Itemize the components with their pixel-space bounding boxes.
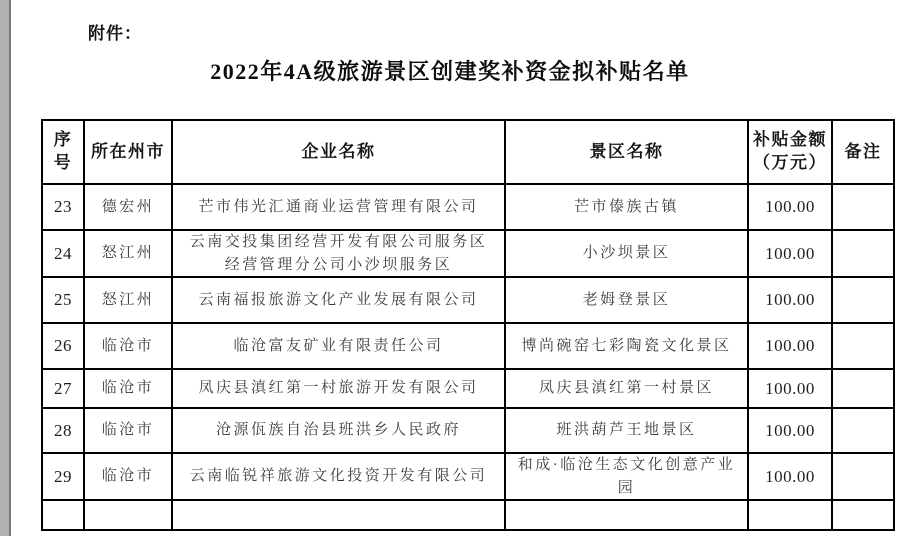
cell-city: 临沧市 <box>84 323 172 369</box>
cell-company: 芒市伟光汇通商业运营管理有限公司 <box>172 184 505 230</box>
cell-city: 临沧市 <box>84 369 172 408</box>
cell-index: 23 <box>42 184 84 230</box>
table-row: 27 临沧市 凤庆县滇红第一村旅游开发有限公司 凤庆县滇红第一村景区 100.0… <box>42 369 894 408</box>
cell-city: 临沧市 <box>84 453 172 500</box>
cell-company: 沧源佤族自治县班洪乡人民政府 <box>172 408 505 453</box>
table-row: 25 怒江州 云南福报旅游文化产业发展有限公司 老姆登景区 100.00 <box>42 277 894 323</box>
header-cell-amount: 补贴金额 （万元） <box>748 120 832 184</box>
cell-scenic-area <box>505 500 748 530</box>
header-cell-remark: 备注 <box>832 120 894 184</box>
table-row: 28 临沧市 沧源佤族自治县班洪乡人民政府 班洪葫芦王地景区 100.00 <box>42 408 894 453</box>
table-row: 26 临沧市 临沧富友矿业有限责任公司 博尚碗窑七彩陶瓷文化景区 100.00 <box>42 323 894 369</box>
table-row: 29 临沧市 云南临锐祥旅游文化投资开发有限公司 和成·临沧生态文化创意产业 园… <box>42 453 894 500</box>
cell-remark <box>832 184 894 230</box>
cell-index: 24 <box>42 230 84 277</box>
cell-scenic-area: 芒市傣族古镇 <box>505 184 748 230</box>
cell-amount: 100.00 <box>748 230 832 277</box>
cell-index: 26 <box>42 323 84 369</box>
cell-scenic-area: 博尚碗窑七彩陶瓷文化景区 <box>505 323 748 369</box>
cell-index: 25 <box>42 277 84 323</box>
cell-scenic-area: 班洪葫芦王地景区 <box>505 408 748 453</box>
subsidy-table: 序 号 所在州市 企业名称 景区名称 补贴金额 （万元） 备注 23 德宏州 芒… <box>41 119 895 531</box>
cell-remark <box>832 408 894 453</box>
document-page: { "page": { "attachment_label": "附件：", "… <box>0 0 900 536</box>
cell-company: 临沧富友矿业有限责任公司 <box>172 323 505 369</box>
table-row: 24 怒江州 云南交投集团经营开发有限公司服务区 经营管理分公司小沙坝服务区 小… <box>42 230 894 277</box>
header-cell-company: 企业名称 <box>172 120 505 184</box>
table-header-row: 序 号 所在州市 企业名称 景区名称 补贴金额 （万元） 备注 <box>42 120 894 184</box>
cell-amount: 100.00 <box>748 184 832 230</box>
cell-index: 29 <box>42 453 84 500</box>
cell-remark <box>832 453 894 500</box>
cell-amount <box>748 500 832 530</box>
cell-index <box>42 500 84 530</box>
cell-remark <box>832 323 894 369</box>
cell-company <box>172 500 505 530</box>
cell-city: 怒江州 <box>84 277 172 323</box>
table-row: 23 德宏州 芒市伟光汇通商业运营管理有限公司 芒市傣族古镇 100.00 <box>42 184 894 230</box>
cell-amount: 100.00 <box>748 453 832 500</box>
cell-remark <box>832 500 894 530</box>
cell-company: 云南交投集团经营开发有限公司服务区 经营管理分公司小沙坝服务区 <box>172 230 505 277</box>
header-cell-scenic-area: 景区名称 <box>505 120 748 184</box>
cell-remark <box>832 277 894 323</box>
cell-scenic-area: 和成·临沧生态文化创意产业 园 <box>505 453 748 500</box>
cell-city: 怒江州 <box>84 230 172 277</box>
cell-company: 云南福报旅游文化产业发展有限公司 <box>172 277 505 323</box>
cell-company: 凤庆县滇红第一村旅游开发有限公司 <box>172 369 505 408</box>
cell-index: 27 <box>42 369 84 408</box>
cell-city: 德宏州 <box>84 184 172 230</box>
header-cell-city: 所在州市 <box>84 120 172 184</box>
cell-amount: 100.00 <box>748 408 832 453</box>
header-cell-index: 序 号 <box>42 120 84 184</box>
table-row-partial <box>42 500 894 530</box>
cell-index: 28 <box>42 408 84 453</box>
document-title: 2022年4A级旅游景区创建奖补资金拟补贴名单 <box>0 55 900 86</box>
cell-city <box>84 500 172 530</box>
cell-amount: 100.00 <box>748 277 832 323</box>
attachment-label: 附件： <box>88 19 142 44</box>
cell-scenic-area: 凤庆县滇红第一村景区 <box>505 369 748 408</box>
cell-city: 临沧市 <box>84 408 172 453</box>
cell-company: 云南临锐祥旅游文化投资开发有限公司 <box>172 453 505 500</box>
cell-amount: 100.00 <box>748 323 832 369</box>
cell-scenic-area: 老姆登景区 <box>505 277 748 323</box>
cell-remark <box>832 230 894 277</box>
cell-scenic-area: 小沙坝景区 <box>505 230 748 277</box>
cell-remark <box>832 369 894 408</box>
cell-amount: 100.00 <box>748 369 832 408</box>
